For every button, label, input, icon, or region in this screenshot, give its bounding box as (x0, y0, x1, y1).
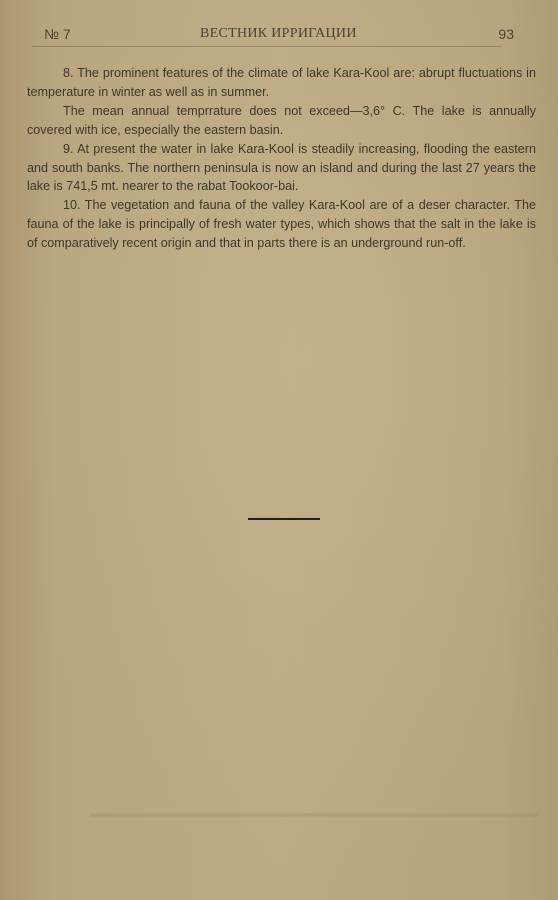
article-body: 8. The prominent features of the climate… (27, 64, 536, 253)
paragraph-climate: 8. The prominent features of the climate… (27, 64, 536, 101)
paragraph-vegetation-fauna: 10. The vegetation and fauna of the vall… (27, 196, 536, 252)
paragraph-water-level: 9. At present the water in lake Kara-Koo… (27, 140, 536, 196)
page-number: 93 (498, 26, 514, 42)
scanned-page: № 7 ВЕСТНИК ИРРИГАЦИИ 93 8. The prominen… (0, 0, 558, 900)
running-header: № 7 ВЕСТНИК ИРРИГАЦИИ 93 (30, 26, 532, 46)
paper-fold-mark (90, 812, 538, 818)
paragraph-temperature: The mean annual temprrature does not exc… (27, 102, 536, 139)
journal-title: ВЕСТНИК ИРРИГАЦИИ (200, 26, 357, 42)
header-rule (32, 46, 502, 47)
end-separator-rule (248, 518, 320, 520)
issue-number: № 7 (44, 26, 71, 42)
